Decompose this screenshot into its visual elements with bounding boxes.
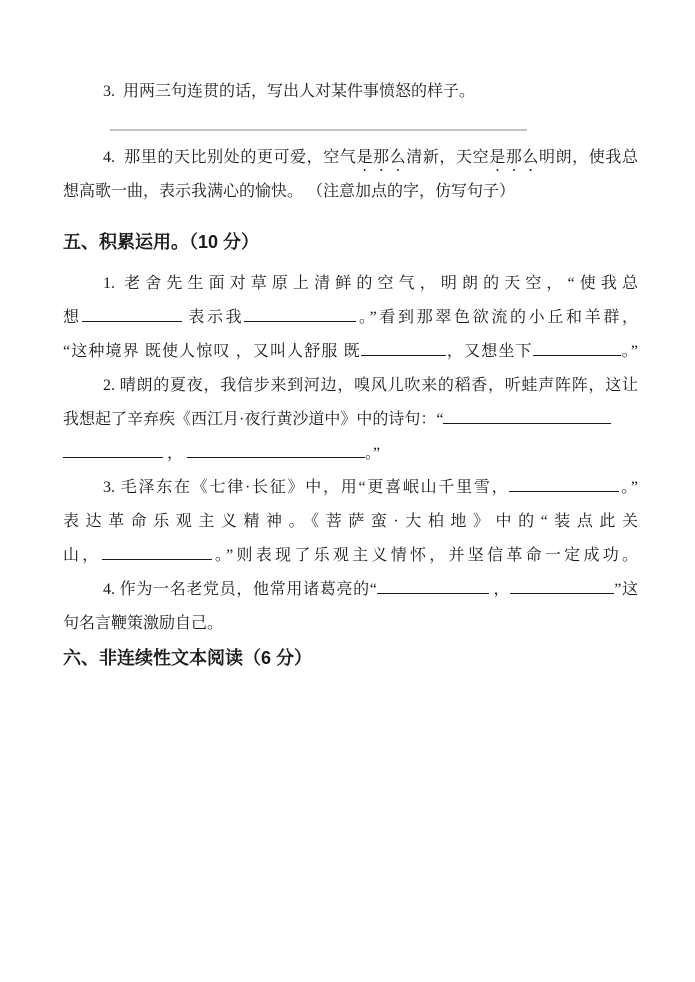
q5-3-line-2: 表达革命乐观主义精神。《菩萨蛮·大柏地》中的“装点此关	[63, 505, 638, 539]
question-4-line-1: 4. 那里的天比别处的更可爱，空气是那么清新，天空是那么明朗，使我总	[63, 141, 638, 175]
text-segment: 。”	[621, 343, 638, 360]
text-segment: 4. 作为一名老党员，他常用诸葛亮的“	[103, 581, 377, 598]
text-segment: 六、非连续性文本阅读（6 分）	[63, 648, 312, 668]
fill-in-blank	[82, 305, 182, 322]
q5-2-line-1: 2. 晴朗的夏夜，我信步来到河边，嗅风儿吹来的稻香，听蛙声阵阵，这让	[63, 369, 638, 403]
text-segment: 4. 那里的天比别处的更可爱，空气	[103, 149, 356, 166]
text-segment: 。”	[619, 479, 638, 496]
q5-3-line-1: 3. 毛泽东在《七律·长征》中，用“更喜岷山千里雪，。”	[63, 471, 638, 505]
text-segment: 。”看到那翠色欲流的小丘和羊群，	[356, 309, 638, 326]
text-segment: 明朗，使我总	[539, 149, 638, 166]
fill-in-blank	[361, 339, 446, 356]
q5-2-line-2: 我想起了辛弃疾《西江月·夜行黄沙道中》中的诗句：“	[63, 403, 638, 437]
text-segment: “这种境界 既使人惊叹 ，又叫人舒服 既	[63, 343, 361, 360]
document-body: 3. 用两三句连贯的话，写出人对某件事愤怒的样子。4. 那里的天比别处的更可爱，…	[63, 75, 638, 675]
q5-1-line-2: 想 表示我。”看到那翠色欲流的小丘和羊群，	[63, 301, 638, 335]
q5-4-line-2: 句名言鞭策激励自己。	[63, 607, 638, 641]
fill-in-blank	[509, 475, 619, 492]
text-segment: 想高歌一曲，表示我满心的愉快。 （注意加点的字，仿写句子）	[63, 183, 515, 200]
text-segment: ，又想坐下	[446, 343, 533, 360]
fill-in-blank	[102, 543, 212, 560]
emphasized-dotted-text: 是那么	[489, 149, 539, 166]
text-segment: 表达革命乐观主义精神。《菩萨蛮·大柏地》中的“装点此关	[63, 513, 638, 530]
exam-page: 3. 用两三句连贯的话，写出人对某件事愤怒的样子。4. 那里的天比别处的更可爱，…	[0, 0, 695, 982]
text-segment: 山，	[63, 547, 102, 564]
text-segment: 五、积累运用。（10 分）	[63, 232, 259, 252]
text-segment: 3. 用两三句连贯的话，写出人对某件事愤怒的样子。	[103, 83, 475, 100]
question-3-line: 3. 用两三句连贯的话，写出人对某件事愤怒的样子。	[63, 75, 638, 109]
text-segment: 句名言鞭策激励自己。	[63, 615, 223, 632]
text-segment: 我想起了辛弃疾《西江月·夜行黄沙道中》中的诗句：“	[63, 411, 443, 428]
text-segment: 3. 毛泽东在《七律·长征》中，用“更喜岷山千里雪，	[103, 479, 509, 496]
q5-1-line-3: “这种境界 既使人惊叹 ，又叫人舒服 既，又想坐下。”	[63, 335, 638, 369]
fill-in-blank	[510, 577, 614, 594]
text-segment: ”这	[614, 581, 638, 598]
text-segment: 。”则表现了乐观主义情怀，并坚信革命一定成功。	[212, 547, 638, 564]
text-segment: 表示我	[182, 309, 245, 326]
q5-3-line-3: 山，。”则表现了乐观主义情怀，并坚信革命一定成功。	[63, 539, 638, 573]
text-segment: ，	[489, 581, 510, 598]
fill-in-blank	[244, 305, 356, 322]
fill-in-blank	[443, 407, 611, 424]
section-6-heading: 六、非连续性文本阅读（6 分）	[63, 641, 638, 675]
q5-1-line-1: 1. 老舍先生面对草原上清鲜的空气，明朗的天空，“使我总	[63, 267, 638, 301]
section-5-heading: 五、积累运用。（10 分）	[63, 225, 638, 259]
text-segment: 。”	[365, 445, 380, 462]
text-segment: 2. 晴朗的夏夜，我信步来到河边，嗅风儿吹来的稻香，听蛙声阵阵，这让	[103, 377, 638, 394]
q5-4-line-1: 4. 作为一名老党员，他常用诸葛亮的“ ，”这	[63, 573, 638, 607]
q5-2-line-3: ， 。”	[63, 437, 638, 471]
text-segment: ，	[163, 445, 187, 462]
question-4-line-2: 想高歌一曲，表示我满心的愉快。 （注意加点的字，仿写句子）	[63, 175, 638, 209]
fill-in-blank	[377, 577, 489, 594]
fill-in-blank	[533, 339, 621, 356]
fill-in-blank	[63, 441, 163, 458]
emphasized-dotted-text: 是那么	[356, 149, 406, 166]
fill-in-blank	[187, 441, 365, 458]
text-segment: 想	[63, 309, 82, 326]
text-segment: 1. 老舍先生面对草原上清鲜的空气，明朗的天空，“使我总	[103, 275, 638, 292]
answer-rule	[110, 129, 527, 131]
text-segment: 清新，天空	[406, 149, 489, 166]
